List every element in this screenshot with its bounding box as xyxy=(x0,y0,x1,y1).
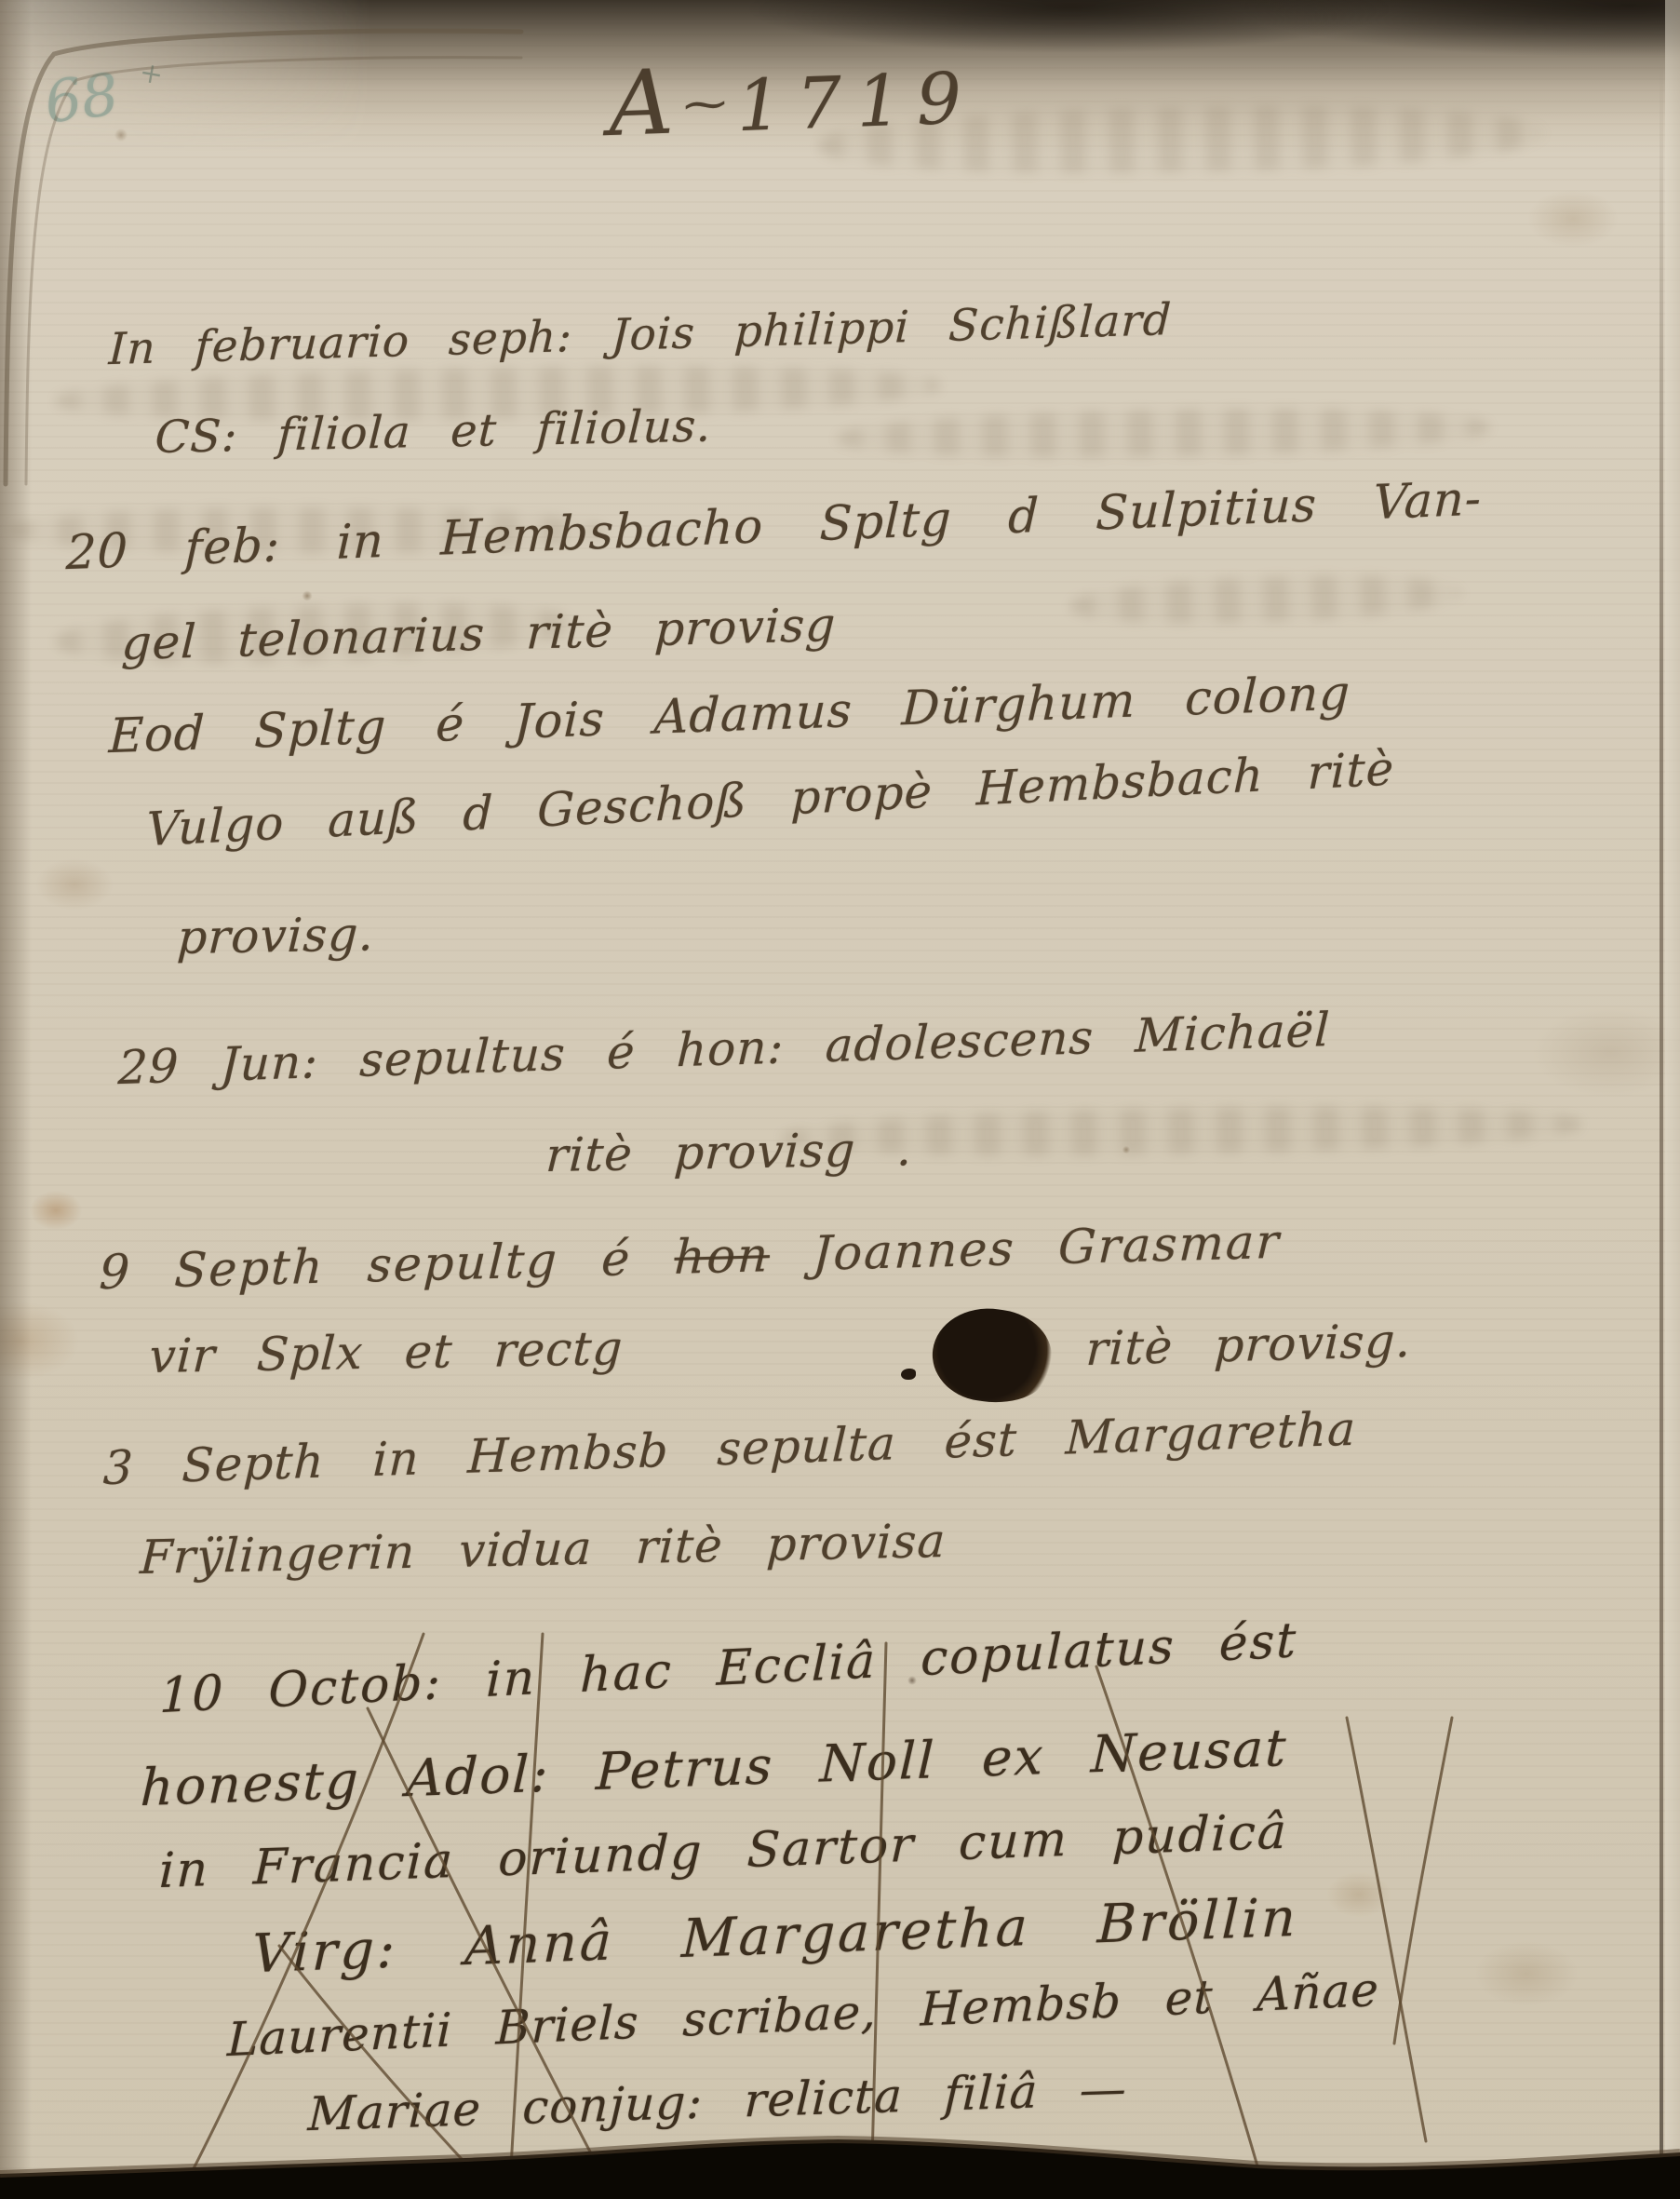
manuscript-line: Frÿlingerin vidua ritè provisa xyxy=(139,1514,948,1585)
ink-bleedthrough xyxy=(838,404,1490,462)
line-text: 20 feb: in Hembsbacho Spltg d Sulpitius … xyxy=(65,472,1483,582)
line-text: Mariae conjug: relicta filiâ — xyxy=(307,2061,1128,2141)
manuscript-line: vir Splx et rectg xyxy=(148,1321,625,1383)
manuscript-line: 20 feb: in Hembsbacho Spltg d Sulpitius … xyxy=(65,472,1483,582)
manuscript-line: 3 Septh in Hembsb sepulta ést Margaretha xyxy=(102,1402,1357,1495)
pen-stroke xyxy=(1394,1718,1452,2044)
manuscript-line: 10 Octob: in hac Eccliâ copulatus ést xyxy=(159,1612,1298,1724)
manuscript-line: 9 Septh sepultg é hon Joannes Grasmar xyxy=(98,1215,1282,1301)
heading-initial: A xyxy=(607,50,675,156)
line-text: ritè provisg . xyxy=(544,1122,914,1182)
manuscript-line: Vulgo auß d Geschoß propè Hembsbach ritè xyxy=(146,741,1395,857)
manuscript-line: CS: filiola et filiolus. xyxy=(154,399,713,464)
manuscript-line: 29 Jun: sepultus é hon: adolescens Micha… xyxy=(117,1003,1332,1095)
line-text: 10 Octob: in hac Eccliâ copulatus ést xyxy=(159,1612,1298,1724)
heading-year: 1719 xyxy=(735,56,977,147)
manuscript-line: ritè provisg. xyxy=(1084,1314,1412,1376)
manuscript-line: Virg: Annâ Margaretha Bröllin xyxy=(251,1887,1299,1985)
line-text: 3 Septh in Hembsb sepulta ést Margaretha xyxy=(102,1402,1357,1495)
line-text: provisg. xyxy=(176,907,376,965)
line-text: 29 Jun: sepultus é hon: adolescens Micha… xyxy=(117,1003,1332,1095)
line-text: honestg Adol: Petrus Noll ex Neusat xyxy=(140,1718,1289,1817)
manuscript-line: Eod Spltg é Jois Adamus Dürghum colong xyxy=(108,666,1351,764)
scanned-register-page: 68 + A ⁓ 1719 In februario seph: Jois ph… xyxy=(0,0,1680,2199)
struck-word: hon xyxy=(673,1228,771,1286)
manuscript-line: honestg Adol: Petrus Noll ex Neusat xyxy=(140,1718,1289,1817)
line-text: in Francia oriundg Sartor cum pudicâ xyxy=(158,1804,1289,1899)
folio-number: 68 xyxy=(41,60,122,136)
binding-shadow xyxy=(0,0,32,2199)
page-edge-line xyxy=(1660,56,1663,2169)
line-text: Frÿlingerin vidua ritè provisa xyxy=(139,1514,948,1585)
line-text: vir Splx et rectg xyxy=(148,1321,625,1383)
manuscript-line: in Francia oriundg Sartor cum pudicâ xyxy=(158,1804,1289,1899)
line-text: CS: filiola et filiolus. xyxy=(154,399,713,464)
black-scan-background xyxy=(0,2139,1680,2199)
line-text: ritè provisg. xyxy=(1084,1314,1412,1376)
manuscript-line: Mariae conjug: relicta filiâ — xyxy=(307,2061,1128,2141)
line-text: Virg: Annâ Margaretha Bröllin xyxy=(251,1887,1299,1985)
ink-blot-speck xyxy=(901,1369,916,1380)
line-text: 9 Septh sepultg é xyxy=(98,1231,675,1301)
pen-stroke xyxy=(1347,1718,1426,2141)
ink-blot xyxy=(927,1302,1058,1410)
line-text: Joannes Grasmar xyxy=(769,1215,1282,1283)
line-text: Vulgo auß d Geschoß propè Hembsbach ritè xyxy=(146,741,1395,857)
bottom-edge-shadow xyxy=(0,2139,1680,2174)
manuscript-line: provisg. xyxy=(176,907,376,965)
line-text: Eod Spltg é Jois Adamus Dürghum colong xyxy=(108,666,1351,764)
manuscript-line: ritè provisg . xyxy=(544,1122,914,1182)
manuscript-line: In februario seph: Jois philippi Schißla… xyxy=(108,294,1173,375)
line-text: In februario seph: Jois philippi Schißla… xyxy=(108,294,1173,375)
page-edge-strip xyxy=(1665,0,1680,2199)
manuscript-paper: 68 + A ⁓ 1719 In februario seph: Jois ph… xyxy=(0,0,1680,2199)
heading-flourish: ⁓ xyxy=(677,77,732,129)
ink-bleedthrough xyxy=(1069,571,1461,629)
year-heading: A ⁓ 1719 xyxy=(607,39,978,156)
